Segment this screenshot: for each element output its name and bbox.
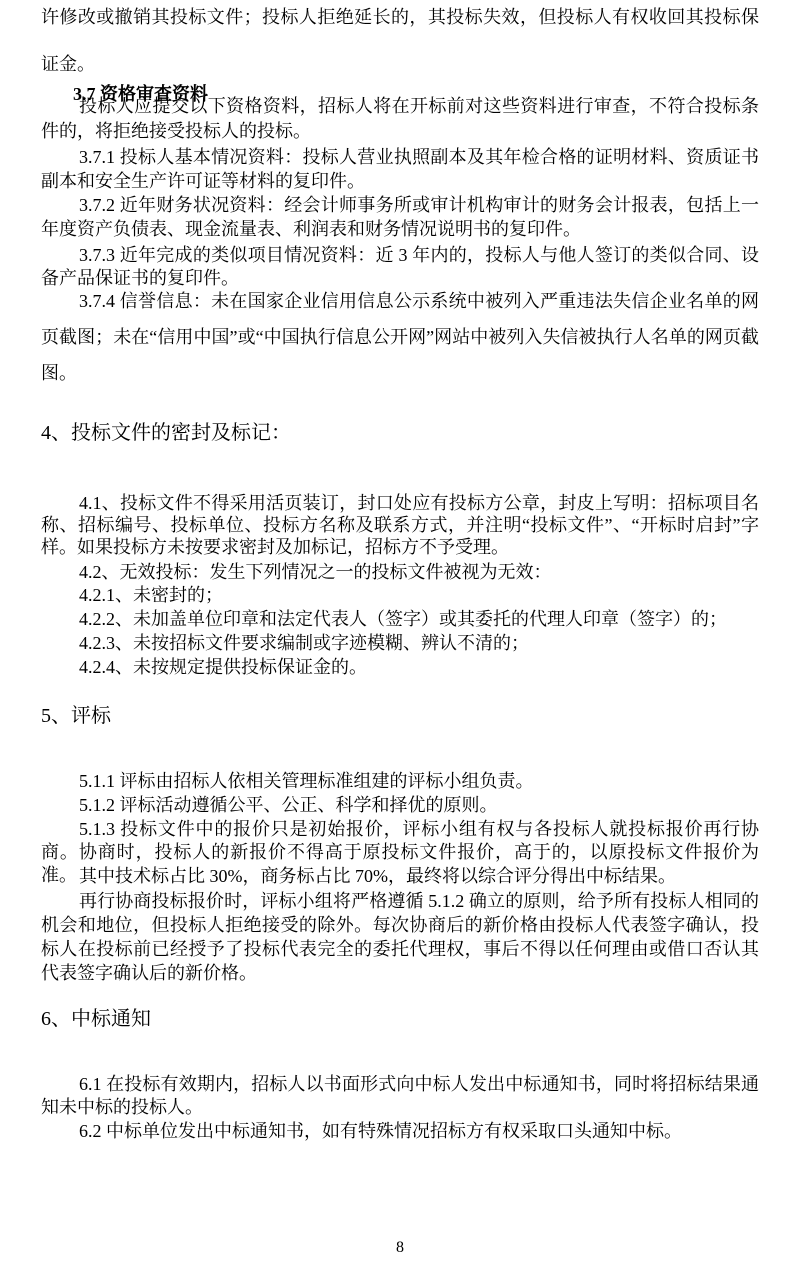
body-paragraph: 4.2.3、未按招标文件要求编制或字迹模糊、辨认不清的； <box>41 632 759 655</box>
section-heading: 6、中标通知 <box>41 1006 759 1032</box>
body-paragraph: 3.7.4 信誉信息：未在国家企业信用信息公示系统中被列入严重违法失信企业名单的… <box>41 283 759 391</box>
body-paragraph: 5.1.2 评标活动遵循公平、公正、科学和择优的原则。 <box>41 794 759 817</box>
body-paragraph: 6.2 中标单位发出中标通知书，如有特殊情况招标方有权采取口头通知中标。 <box>41 1120 759 1143</box>
body-paragraph: 4.2.2、未加盖单位印章和法定代表人（签字）或其委托的代理人印章（签字）的； <box>41 608 759 631</box>
body-paragraph: 3.7.2 近年财务状况资料：经会计师事务所或审计机构审计的财务会计报表，包括上… <box>41 193 759 241</box>
body-paragraph: 5.1.1 评标由招标人依相关管理标准组建的评标小组负责。 <box>41 770 759 793</box>
page-number: 8 <box>0 1238 800 1258</box>
body-paragraph: 其中技术标占比 30%，商务标占比 70%，最终将以综合评分得出中标结果。 <box>41 865 759 888</box>
section-heading: 5、评标 <box>41 703 759 729</box>
body-paragraph: 再行协商投标报价时，评标小组将严格遵循 5.1.2 确立的原则，给予所有投标人相… <box>41 889 759 985</box>
body-paragraph: 4.2、无效投标：发生下列情况之一的投标文件被视为无效： <box>41 561 759 584</box>
body-paragraph: 许修改或撤销其投标文件；投标人拒绝延长的，其投标失效，但投标人有权收回其投标保证… <box>41 0 759 88</box>
body-paragraph: 6.1 在投标有效期内，招标人以书面形式向中标人发出中标通知书，同时将招标结果通… <box>41 1073 759 1119</box>
body-paragraph: 4.2.1、未密封的； <box>41 584 759 607</box>
section-heading: 4、投标文件的密封及标记： <box>41 420 759 446</box>
document-page: 许修改或撤销其投标文件；投标人拒绝延长的，其投标失效，但投标人有权收回其投标保证… <box>0 0 800 1264</box>
body-paragraph: 4.1、投标文件不得采用活页装订，封口处应有投标方公章，封皮上写明：招标项目名称… <box>41 492 759 558</box>
body-paragraph: 4.2.4、未按规定提供投标保证金的。 <box>41 656 759 679</box>
body-paragraph: 3.7.1 投标人基本情况资料：投标人营业执照副本及其年检合格的证明材料、资质证… <box>41 145 759 193</box>
body-paragraph: 投标人应提交以下资格资料，招标人将在开标前对这些资料进行审查，不符合投标条件的，… <box>41 94 759 144</box>
